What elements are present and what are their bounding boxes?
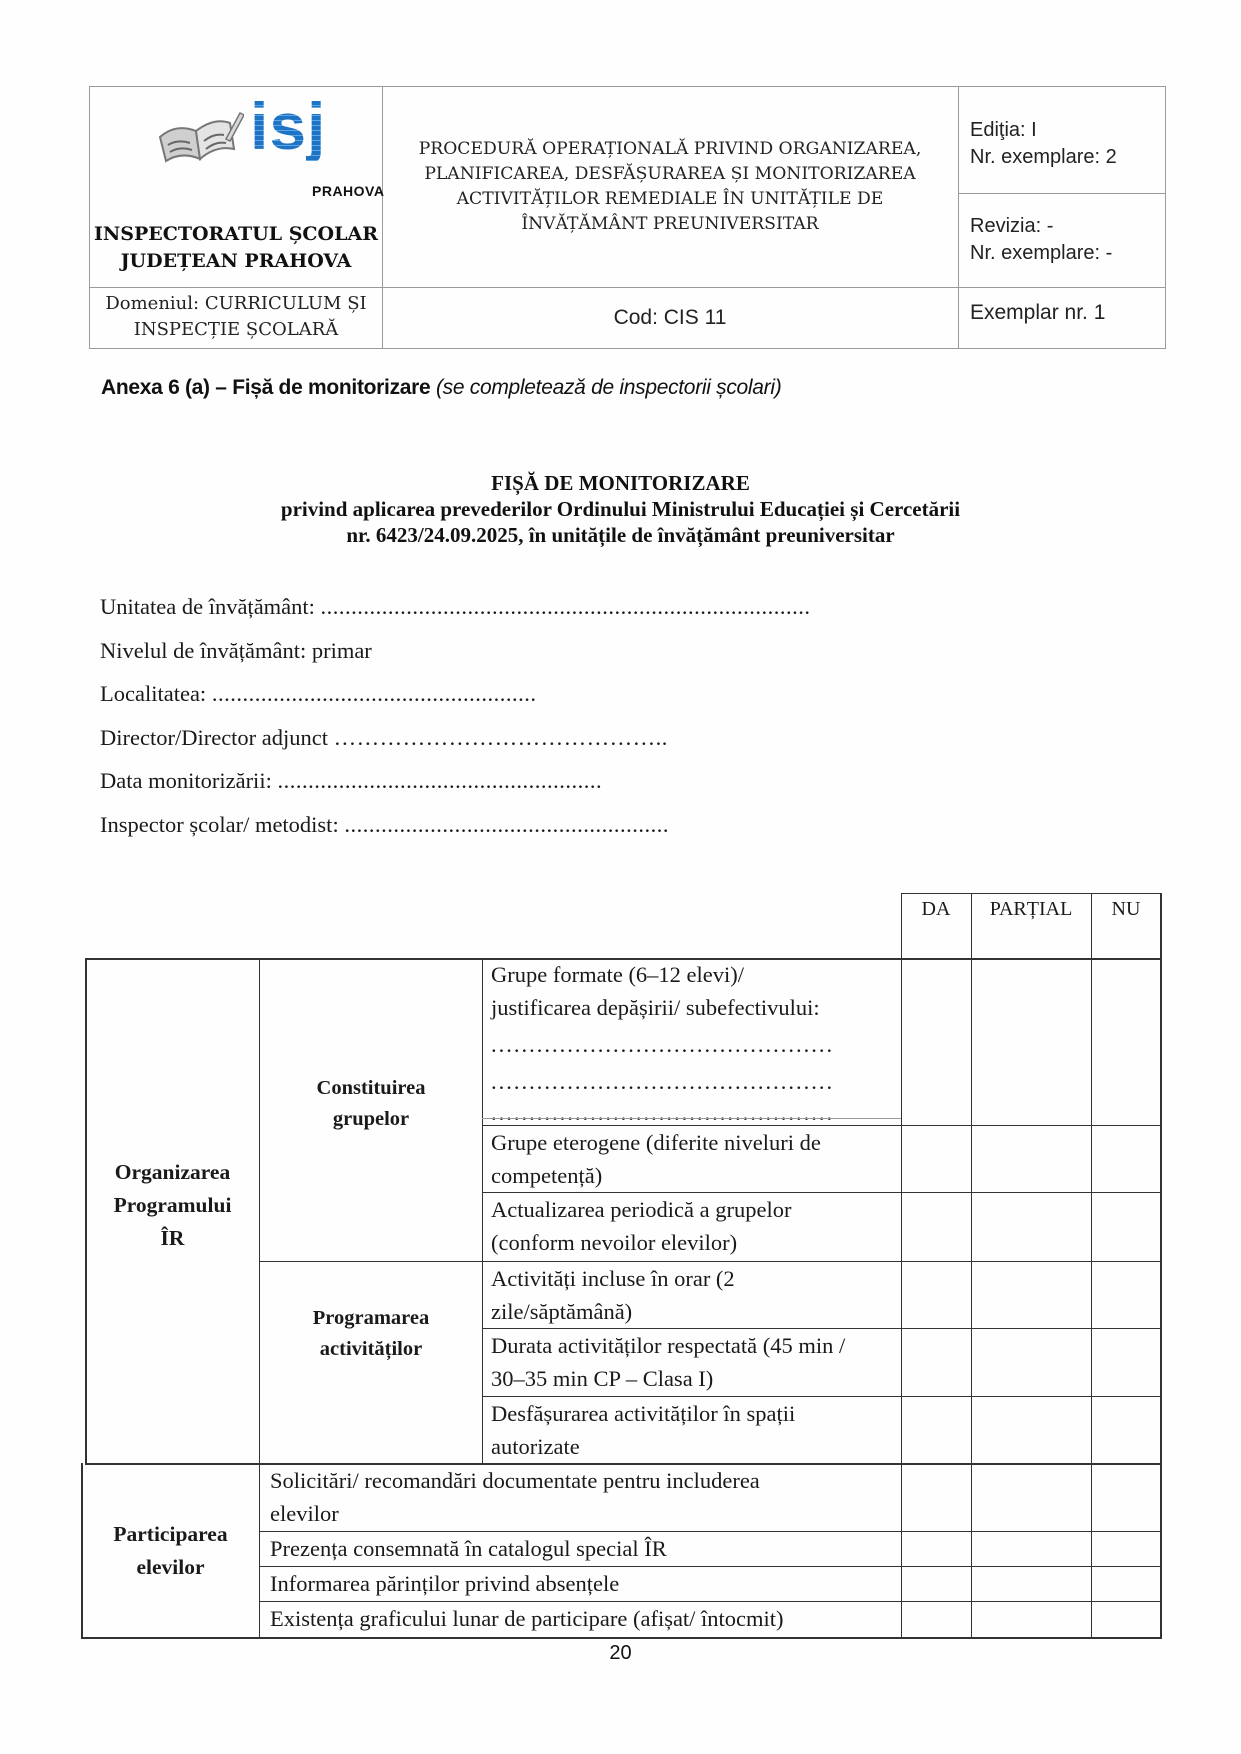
criterion-durata-activitatilor: Durata activităților respectată (45 min … [491,1329,896,1395]
column-header-nu: NU [1091,898,1161,921]
field-inspector[interactable]: Inspector școlar/ metodist: ............… [100,812,811,856]
copy-number: Exemplar nr. 1 [958,287,1165,348]
check-cell-da[interactable] [902,959,970,1124]
check-cell-nu[interactable] [1092,1567,1159,1600]
check-cell-da[interactable] [902,1464,970,1530]
check-cell-da[interactable] [902,1262,970,1327]
check-cell-nu[interactable] [1092,1464,1159,1530]
check-cell-da[interactable] [902,1397,970,1462]
criterion-solicitari-recomandari: Solicitări/ recomandări documentate pent… [270,1464,900,1530]
check-cell-nu[interactable] [1092,1262,1159,1327]
group-constituirea-grupelor: Constituireagrupelor [260,1073,482,1135]
annex-heading: Anexa 6 (a) – Fișă de monitorizare (se c… [101,376,781,400]
edition-info: Ediţia: I Nr. exemplare: 2 [958,87,1165,193]
criterion-actualizarea-grupelor: Actualizarea periodică a grupelor(confor… [491,1193,896,1259]
check-cell-partial[interactable] [972,1126,1090,1191]
check-cell-partial[interactable] [972,1262,1090,1327]
check-cell-da[interactable] [902,1329,970,1395]
section-participarea-elevilor: Participareaelevilor [82,1518,259,1584]
check-cell-partial[interactable] [972,1397,1090,1462]
check-cell-da[interactable] [902,1193,970,1260]
field-monitoring-date[interactable]: Data monitorizării: ....................… [100,768,811,812]
dotted-fill-line: ........................................… [491,1100,896,1126]
procedure-code: Cod: CIS 11 [382,287,958,348]
criterion-grupe-eterogene: Grupe eterogene (diferite niveluri decom… [491,1126,896,1192]
group-programarea-activitatilor: Programareaactivităților [260,1303,482,1365]
procedure-title: PROCEDURĂ OPERAȚIONALĂ PRIVIND ORGANIZAR… [382,87,958,287]
criterion-grafic-lunar: Existența graficului lunar de participar… [270,1602,900,1635]
page-number: 20 [0,1642,1241,1665]
check-cell-nu[interactable] [1092,1602,1159,1636]
logo-subtext: PRAHOVA [312,183,384,199]
check-cell-nu[interactable] [1092,1532,1159,1565]
check-cell-nu[interactable] [1092,1193,1159,1260]
check-cell-partial[interactable] [972,1329,1090,1395]
field-education-level[interactable]: Nivelul de învățământ: primar [100,638,811,682]
field-locality[interactable]: Localitatea: ...........................… [100,681,811,725]
document-page: isj PRAHOVA INSPECTORATUL ȘCOLAR JUDEȚEA… [0,0,1241,1754]
revision-info: Revizia: - Nr. exemplare: - [958,193,1165,287]
check-cell-da[interactable] [902,1602,970,1636]
check-cell-partial[interactable] [972,1464,1090,1530]
annex-note: (se completează de inspectorii școlari) [436,376,781,399]
document-header-table: isj PRAHOVA INSPECTORATUL ȘCOLAR JUDEȚEA… [89,86,1166,349]
field-director[interactable]: Director/Director adjunct ……………………………………… [100,725,811,769]
check-cell-partial[interactable] [972,1193,1090,1260]
check-cell-partial[interactable] [972,1602,1090,1636]
criterion-spatii-autorizate: Desfășurarea activităților în spațiiauto… [491,1397,896,1463]
check-cell-nu[interactable] [1092,959,1159,1124]
revision: Revizia: - [970,213,1165,240]
domain-info: Domeniul: CURRICULUM ȘI INSPECȚIE ȘCOLAR… [90,287,382,348]
criterion-prezenta-catalog: Prezența consemnată în catalogul special… [270,1532,900,1565]
open-book-pencil-icon [156,109,244,163]
dotted-fill-line: ........................................… [491,1063,896,1100]
check-cell-nu[interactable] [1092,1126,1159,1191]
document-title: FIȘĂ DE MONITORIZARE privind aplicarea p… [0,470,1241,548]
edition: Ediţia: I [970,117,1165,144]
form-fields: Unitatea de învățământ: ................… [100,594,811,855]
field-school-unit[interactable]: Unitatea de învățământ: ................… [100,594,811,638]
annex-label: Anexa 6 (a) – Fișă de monitorizare [101,376,430,399]
check-cell-nu[interactable] [1092,1329,1159,1395]
check-cell-da[interactable] [902,1567,970,1600]
criterion-informarea-parintilor: Informarea părinților privind absențele [270,1567,900,1600]
check-cell-da[interactable] [902,1532,970,1565]
dotted-fill-line: ........................................… [491,1026,896,1063]
column-header-da: DA [901,898,971,921]
column-header-partial: PARȚIAL [971,898,1091,921]
logo-text: isj [250,91,326,161]
section-organizarea-programului: OrganizareaProgramuluiÎR [86,1156,259,1255]
revision-copies: Nr. exemplare: - [970,240,1165,267]
logo-cell: isj PRAHOVA INSPECTORATUL ȘCOLAR JUDEȚEA… [90,87,382,287]
isj-logo: isj PRAHOVA [150,97,380,167]
check-cell-da[interactable] [902,1126,970,1191]
check-cell-partial[interactable] [972,959,1090,1124]
check-cell-nu[interactable] [1092,1397,1159,1462]
institution-name: INSPECTORATUL ȘCOLAR JUDEȚEAN PRAHOVA [90,221,382,275]
edition-copies: Nr. exemplare: 2 [970,144,1165,171]
check-cell-partial[interactable] [972,1567,1090,1600]
criterion-activitati-orar: Activități incluse în orar (2zile/săptăm… [491,1262,896,1328]
criterion-grupe-formate: Grupe formate (6–12 elevi)/justificarea … [491,958,896,1126]
check-cell-partial[interactable] [972,1532,1090,1565]
